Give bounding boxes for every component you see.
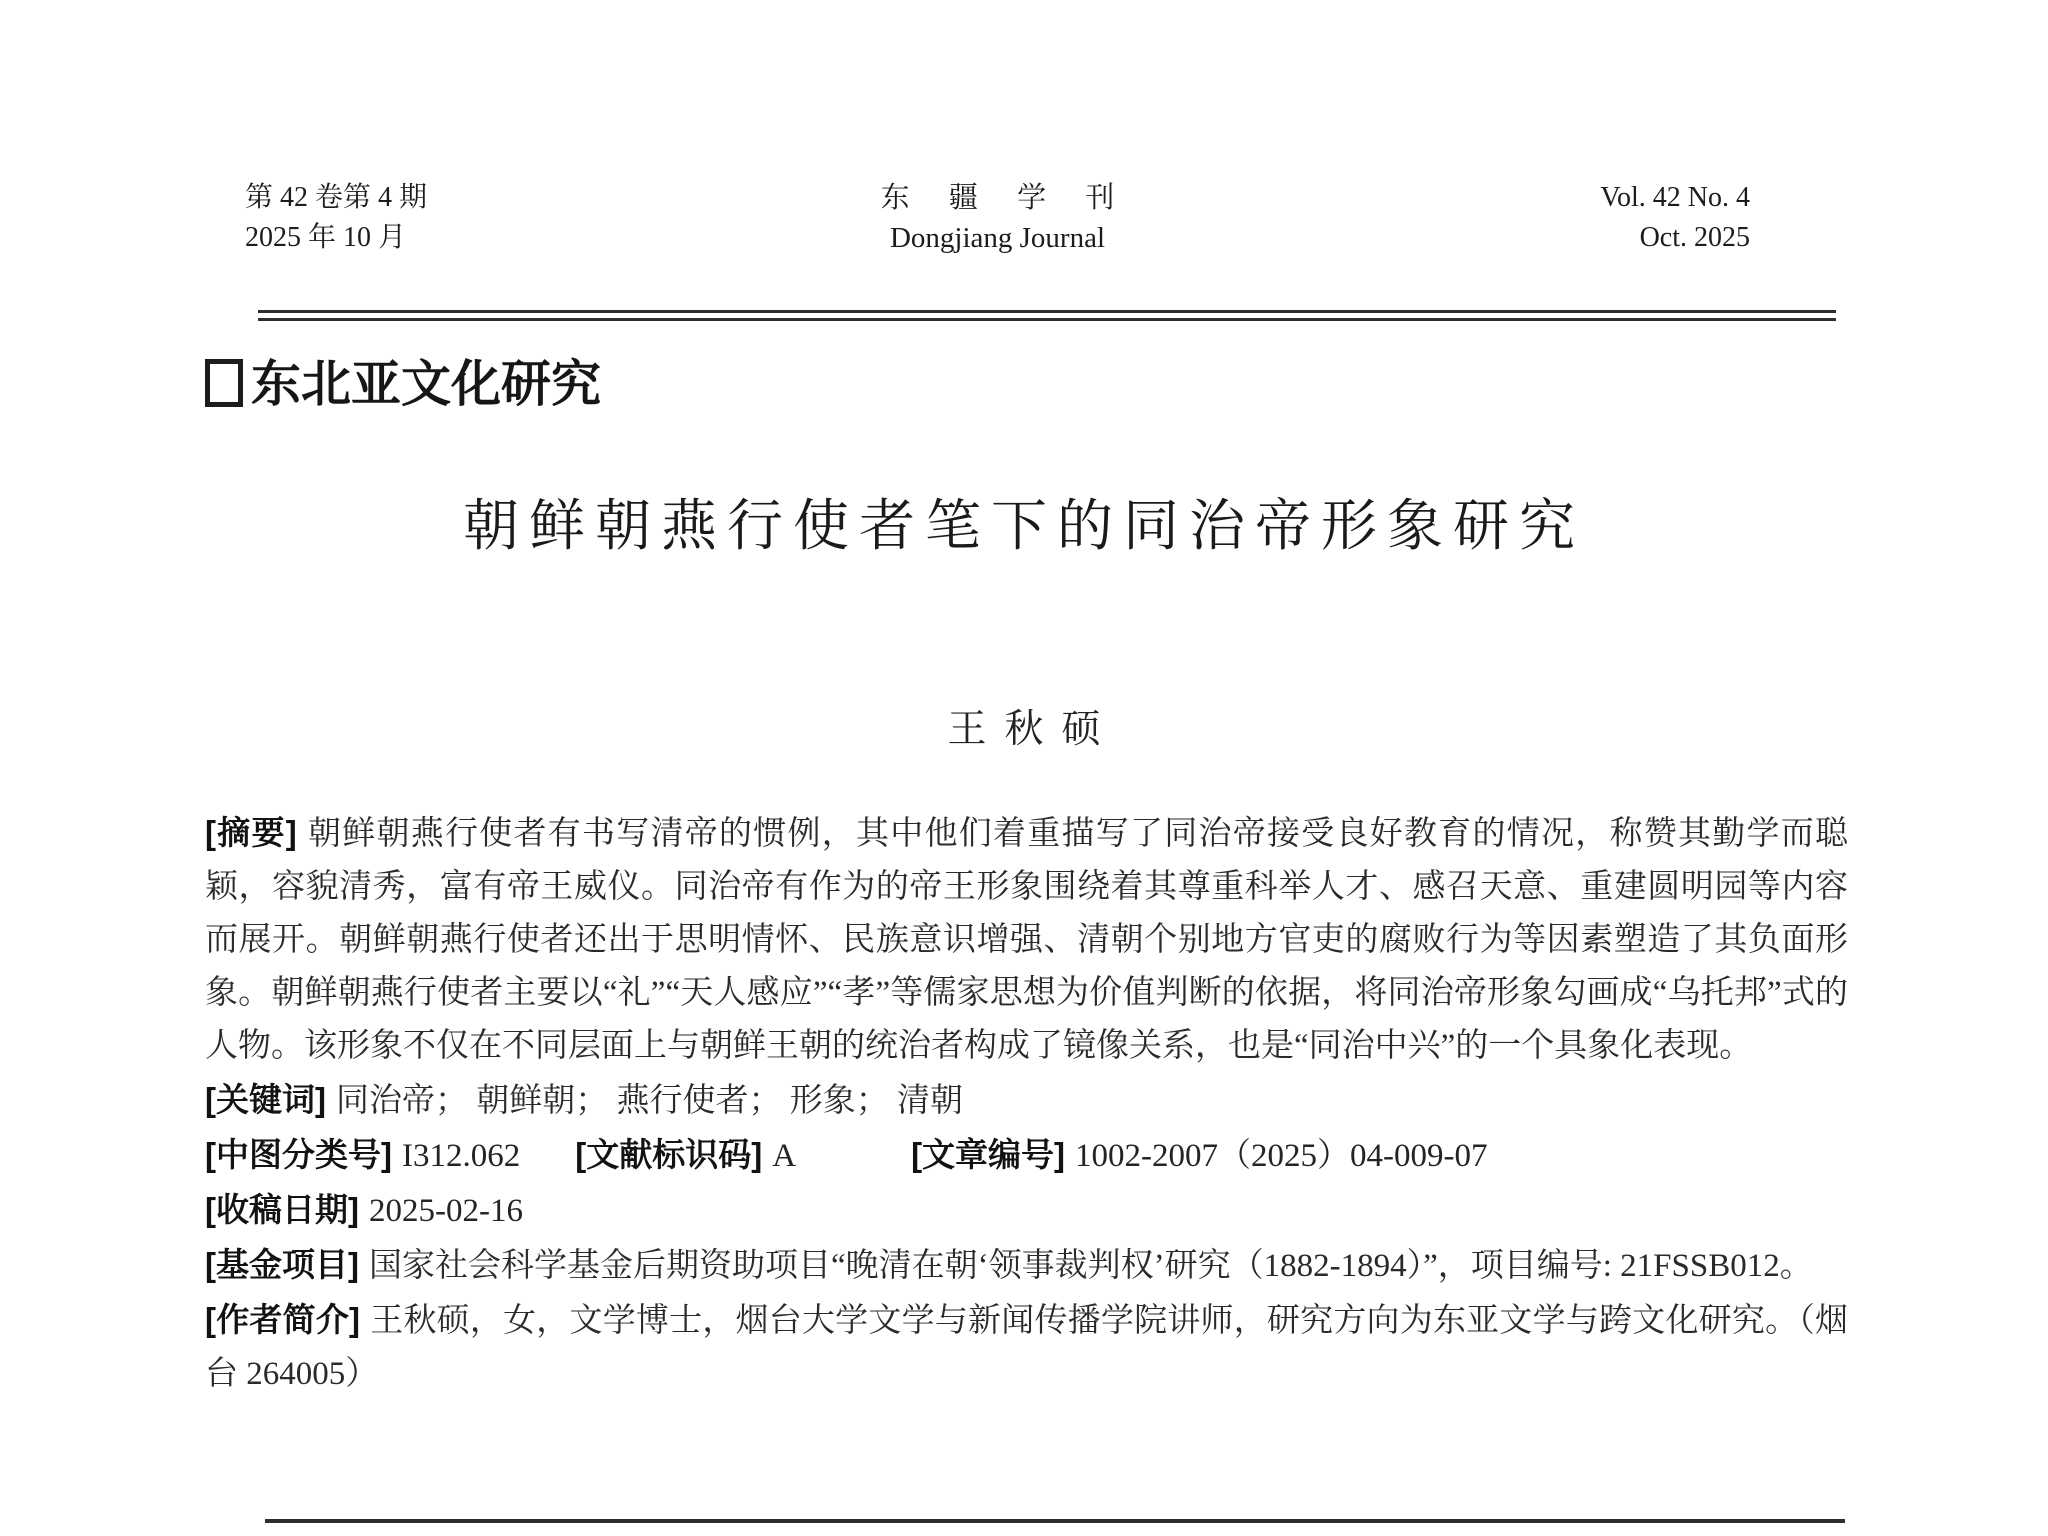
received-date: [收稿日期]2025-02-16 (205, 1183, 1848, 1238)
received-value: 2025-02-16 (369, 1193, 523, 1229)
doc-code-value: A (772, 1138, 796, 1174)
bio-text: 王秋硕，女，文学博士，烟台大学文学与新闻传播学院讲师，研究方向为东亚文学与跨文化… (205, 1303, 1848, 1392)
journal-masthead: 第 42 卷第 4 期 2025 年 10 月 东 疆 学 刊 Dongjian… (205, 178, 1845, 258)
keywords: [关键词]同治帝； 朝鲜朝； 燕行使者； 形象； 清朝 (205, 1073, 1848, 1128)
author-bio: [作者简介]王秋硕，女，文学博士，烟台大学文学与新闻传播学院讲师，研究方向为东亚… (205, 1293, 1848, 1401)
keywords-text: 同治帝； 朝鲜朝； 燕行使者； 形象； 清朝 (336, 1083, 963, 1119)
received-label: [收稿日期] (205, 1191, 359, 1228)
abstract-label: [摘要] (205, 814, 297, 851)
issue-volume-cn: 第 42 卷第 4 期 (245, 178, 715, 218)
front-matter: [摘要]朝鲜朝燕行使者有书写清帝的惯例，其中他们着重描写了同治帝接受良好教育的情… (205, 806, 1848, 1401)
article-id-label: [文章编号] (911, 1136, 1065, 1173)
clc-value: I312.062 (402, 1138, 520, 1174)
author-name: 王秋硕 (0, 698, 2048, 754)
abstract: [摘要]朝鲜朝燕行使者有书写清帝的惯例，其中他们着重描写了同治帝接受良好教育的情… (205, 806, 1848, 1073)
section-heading: 东北亚文化研究 (205, 352, 601, 416)
doc-code-label: [文献标识码] (575, 1136, 762, 1173)
keywords-label: [关键词] (205, 1081, 326, 1118)
journal-title-block: 东 疆 学 刊 Dongjiang Journal (715, 178, 1279, 258)
fund-label: [基金项目] (205, 1246, 359, 1283)
volume-info: Vol. 42 No. 4 Oct. 2025 (1280, 178, 1845, 258)
footer-divider (265, 1519, 1845, 1523)
bio-label: [作者简介] (205, 1301, 360, 1338)
article-title: 朝鲜朝燕行使者笔下的同治帝形象研究 (0, 482, 2048, 562)
volume-number-en: Vol. 42 No. 4 (1280, 178, 1750, 218)
journal-name-cn: 东 疆 学 刊 (715, 178, 1279, 218)
fund-project: [基金项目]国家社会科学基金后期资助项目“晚清在朝‘领事裁判权’研究（1882-… (205, 1238, 1848, 1293)
issue-info: 第 42 卷第 4 期 2025 年 10 月 (205, 178, 715, 258)
article-id-value: 1002-2007（2025）04-009-07 (1075, 1138, 1487, 1174)
issue-date-en: Oct. 2025 (1280, 218, 1750, 258)
journal-name-en: Dongjiang Journal (715, 218, 1279, 258)
issue-date-cn: 2025 年 10 月 (245, 218, 715, 258)
section-label: 东北亚文化研究 (251, 356, 601, 412)
journal-page: 第 42 卷第 4 期 2025 年 10 月 东 疆 学 刊 Dongjian… (0, 0, 2048, 1536)
classification: [中图分类号]I312.062[文献标识码]A[文章编号]1002-2007（2… (205, 1128, 1848, 1183)
header-divider (258, 310, 1836, 321)
clc-label: [中图分类号] (205, 1136, 392, 1173)
abstract-text: 朝鲜朝燕行使者有书写清帝的惯例，其中他们着重描写了同治帝接受良好教育的情况，称赞… (205, 816, 1848, 1064)
fund-text: 国家社会科学基金后期资助项目“晚清在朝‘领事裁判权’研究（1882-1894）”… (369, 1248, 1813, 1284)
section-box-icon (205, 359, 243, 407)
